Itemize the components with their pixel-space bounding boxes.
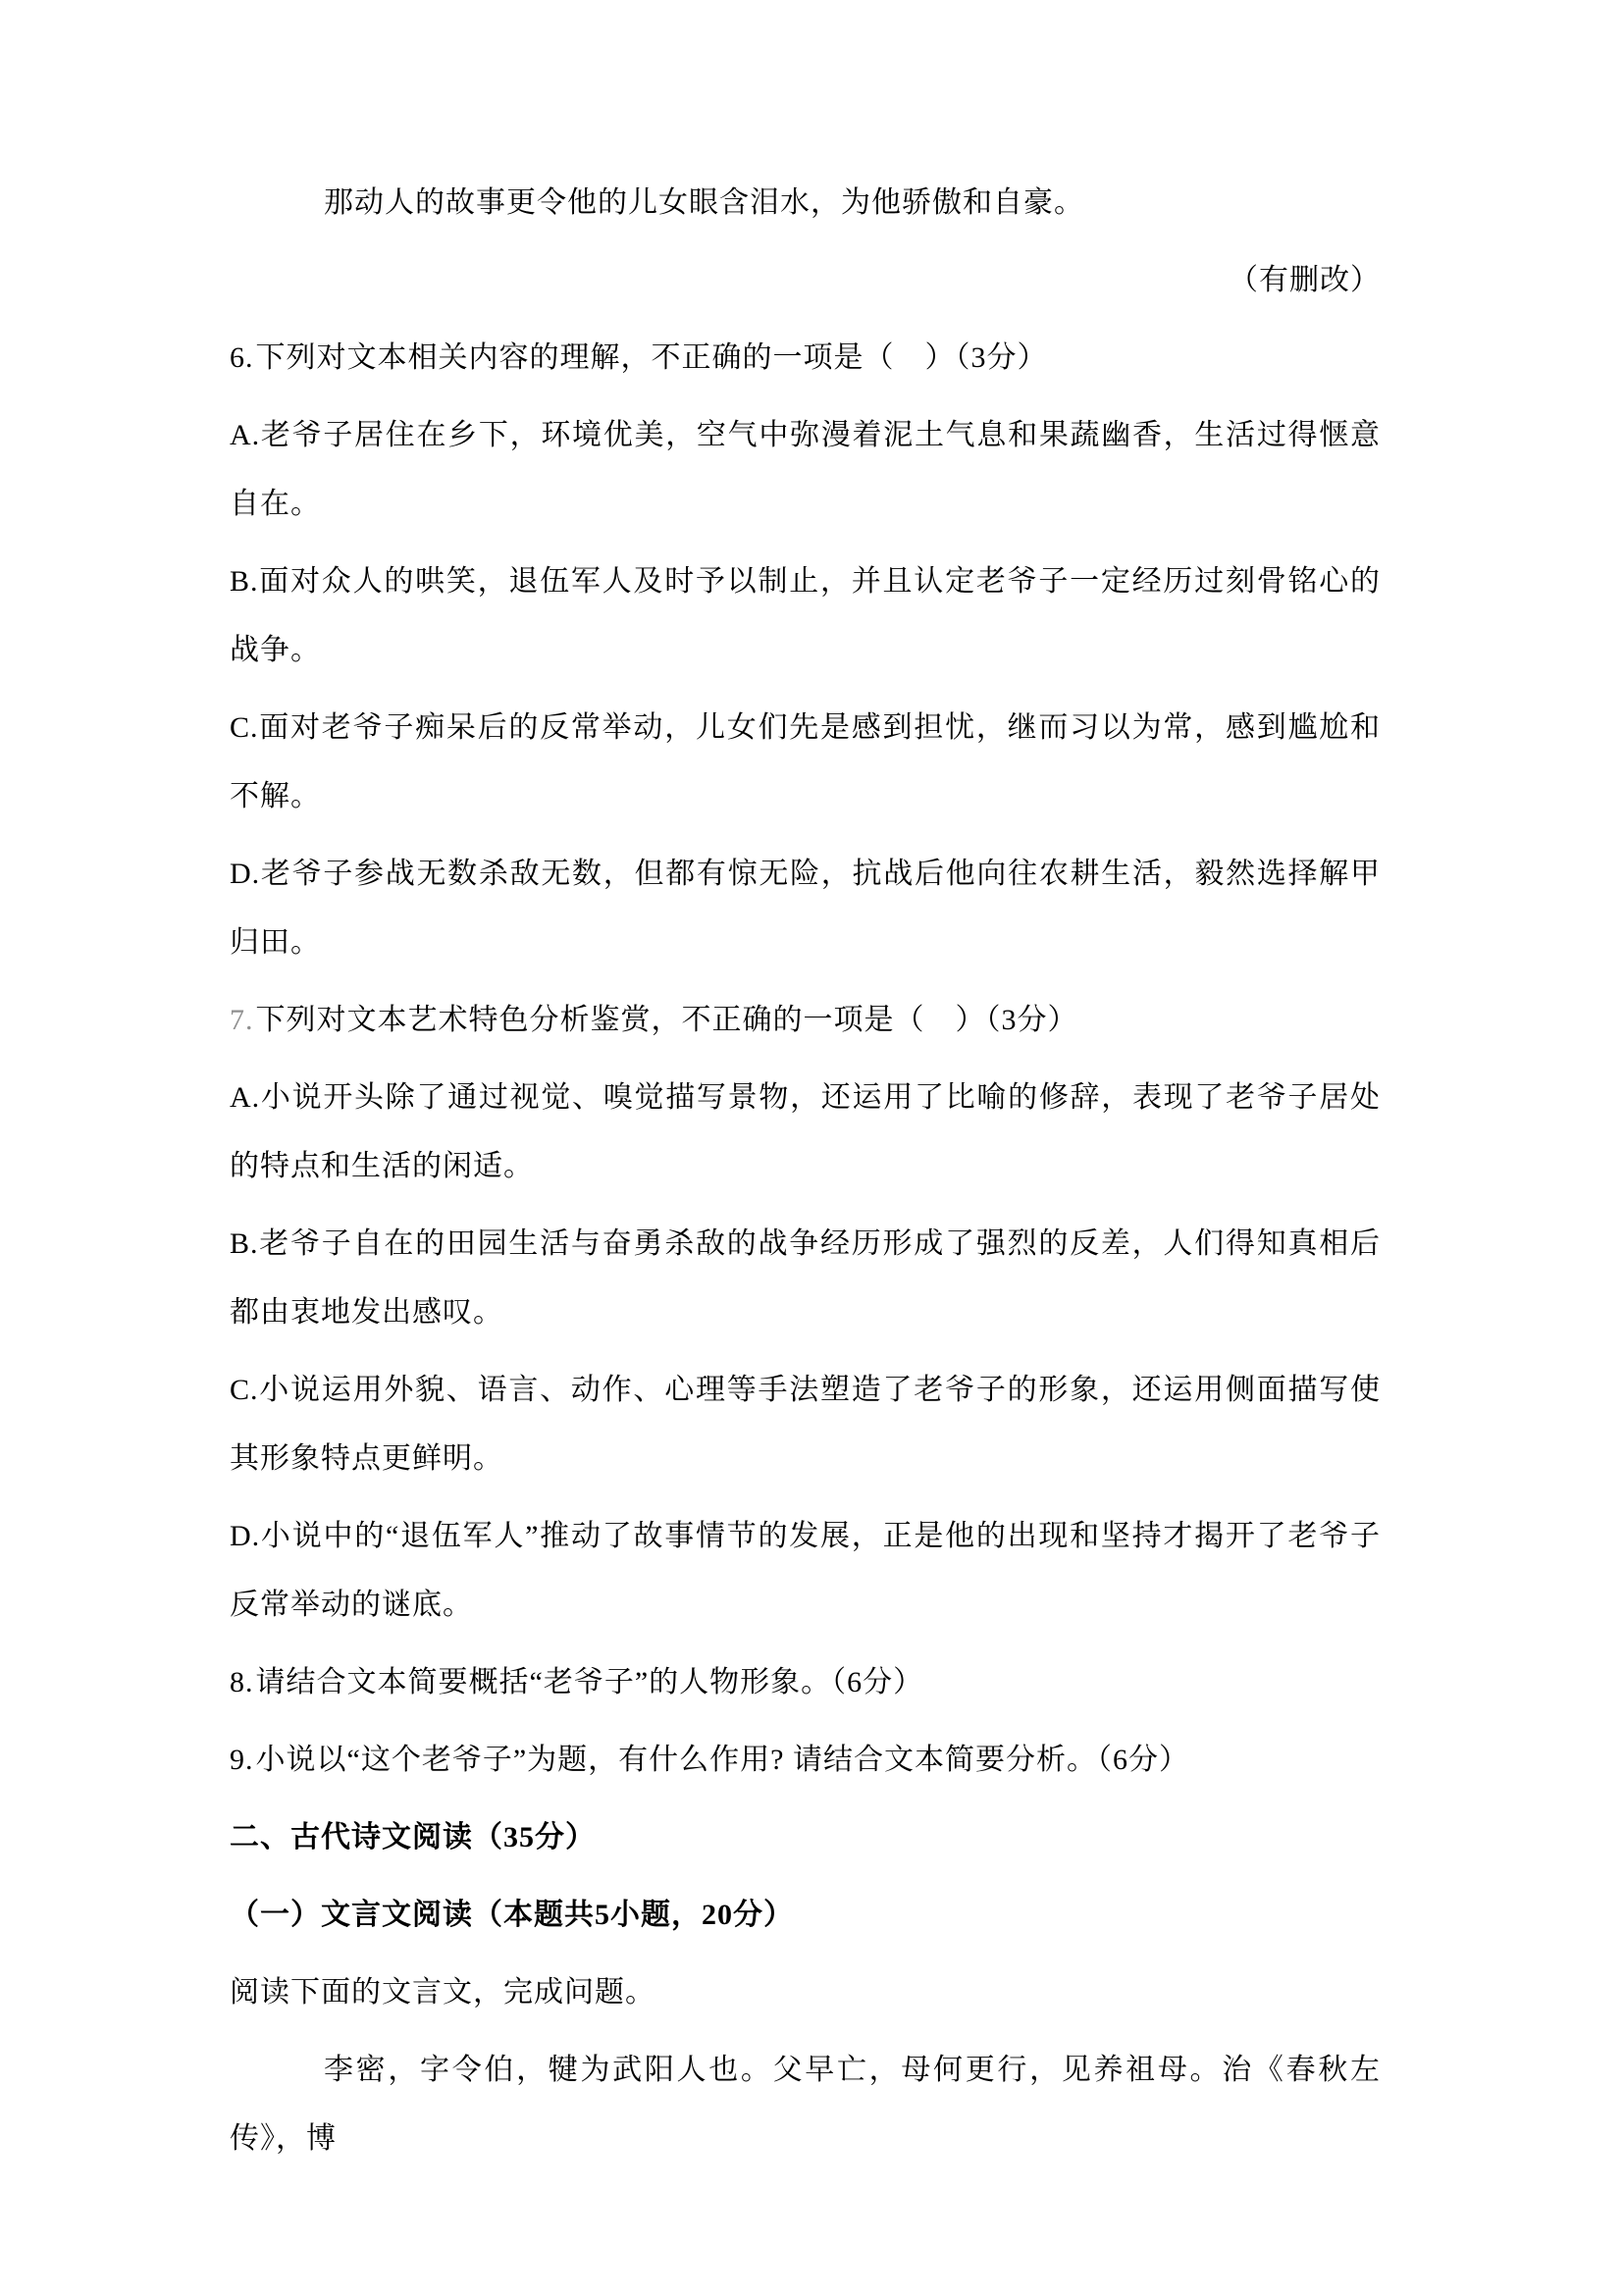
exam-document-page: 那动人的故事更令他的儿女眼含泪水，为他骄傲和自豪。 （有删改） 6.下列对文本相…	[0, 0, 1623, 2296]
question-7: 7.下列对文本艺术特色分析鉴赏，不正确的一项是（ ）（3分）	[230, 986, 1381, 1055]
reading-instruction: 阅读下面的文言文，完成问题。	[230, 1958, 1381, 2027]
question-7-stem: 下列对文本艺术特色分析鉴赏，不正确的一项是（ ）（3分）	[256, 1004, 1078, 1036]
question-7-number: 7.	[230, 1004, 256, 1036]
question-9: 9.小说以“这个老爷子”为题，有什么作用? 请结合文本简要分析。（6分）	[230, 1726, 1381, 1795]
question-6-option-a: A.老爷子居住在乡下，环境优美，空气中弥漫着泥土气息和果蔬幽香，生活过得惬意自在…	[230, 401, 1381, 539]
question-6-option-c: C.面对老爷子痴呆后的反常举动，儿女们先是感到担忧，继而习以为常，感到尴尬和不解…	[230, 694, 1381, 831]
question-6-option-b: B.面对众人的哄笑，退伍军人及时予以制止，并且认定老爷子一定经历过刻骨铭心的战争…	[230, 548, 1381, 685]
question-7-option-b: B.老爷子自在的田园生活与奋勇杀敌的战争经历形成了强烈的反差，人们得知真相后都由…	[230, 1210, 1381, 1347]
question-7-option-a: A.小说开头除了通过视觉、嗅觉描写景物，还运用了比喻的修辞，表现了老爷子居处的特…	[230, 1064, 1381, 1201]
question-9-number: 9.	[230, 1744, 256, 1776]
question-7-option-d: D.小说中的“退伍军人”推动了故事情节的发展，正是他的出现和坚持才揭开了老爷子反…	[230, 1502, 1381, 1640]
section-heading: 二、古代诗文阅读（35分）	[230, 1803, 1381, 1872]
question-6-option-d: D.老爷子参战无数杀敌无数，但都有惊无险，抗战后他向往农耕生活，毅然选择解甲归田…	[230, 840, 1381, 977]
question-6-number: 6.	[230, 341, 256, 374]
question-6-stem: 下列对文本相关内容的理解，不正确的一项是（ ）（3分）	[256, 341, 1048, 374]
source-note: （有删改）	[230, 246, 1381, 315]
question-7-option-c: C.小说运用外貌、语言、动作、心理等手法塑造了老爷子的形象，还运用侧面描写使其形…	[230, 1356, 1381, 1493]
question-8-number: 8.	[230, 1666, 256, 1698]
question-8: 8.请结合文本简要概括“老爷子”的人物形象。（6分）	[230, 1648, 1381, 1717]
question-8-stem: 请结合文本简要概括“老爷子”的人物形象。（6分）	[256, 1666, 924, 1698]
subsection-heading: （一）文言文阅读（本题共5小题，20分）	[230, 1881, 1381, 1950]
question-6: 6.下列对文本相关内容的理解，不正确的一项是（ ）（3分）	[230, 324, 1381, 392]
passage-closing-line: 那动人的故事更令他的儿女眼含泪水，为他骄傲和自豪。	[230, 169, 1381, 237]
question-9-stem: 小说以“这个老爷子”为题，有什么作用? 请结合文本简要分析。（6分）	[256, 1744, 1189, 1776]
passage-first-line: 李密，字令伯，犍为武阳人也。父早亡，母何更行，见养祖母。治《春秋左传》，博	[230, 2036, 1381, 2173]
